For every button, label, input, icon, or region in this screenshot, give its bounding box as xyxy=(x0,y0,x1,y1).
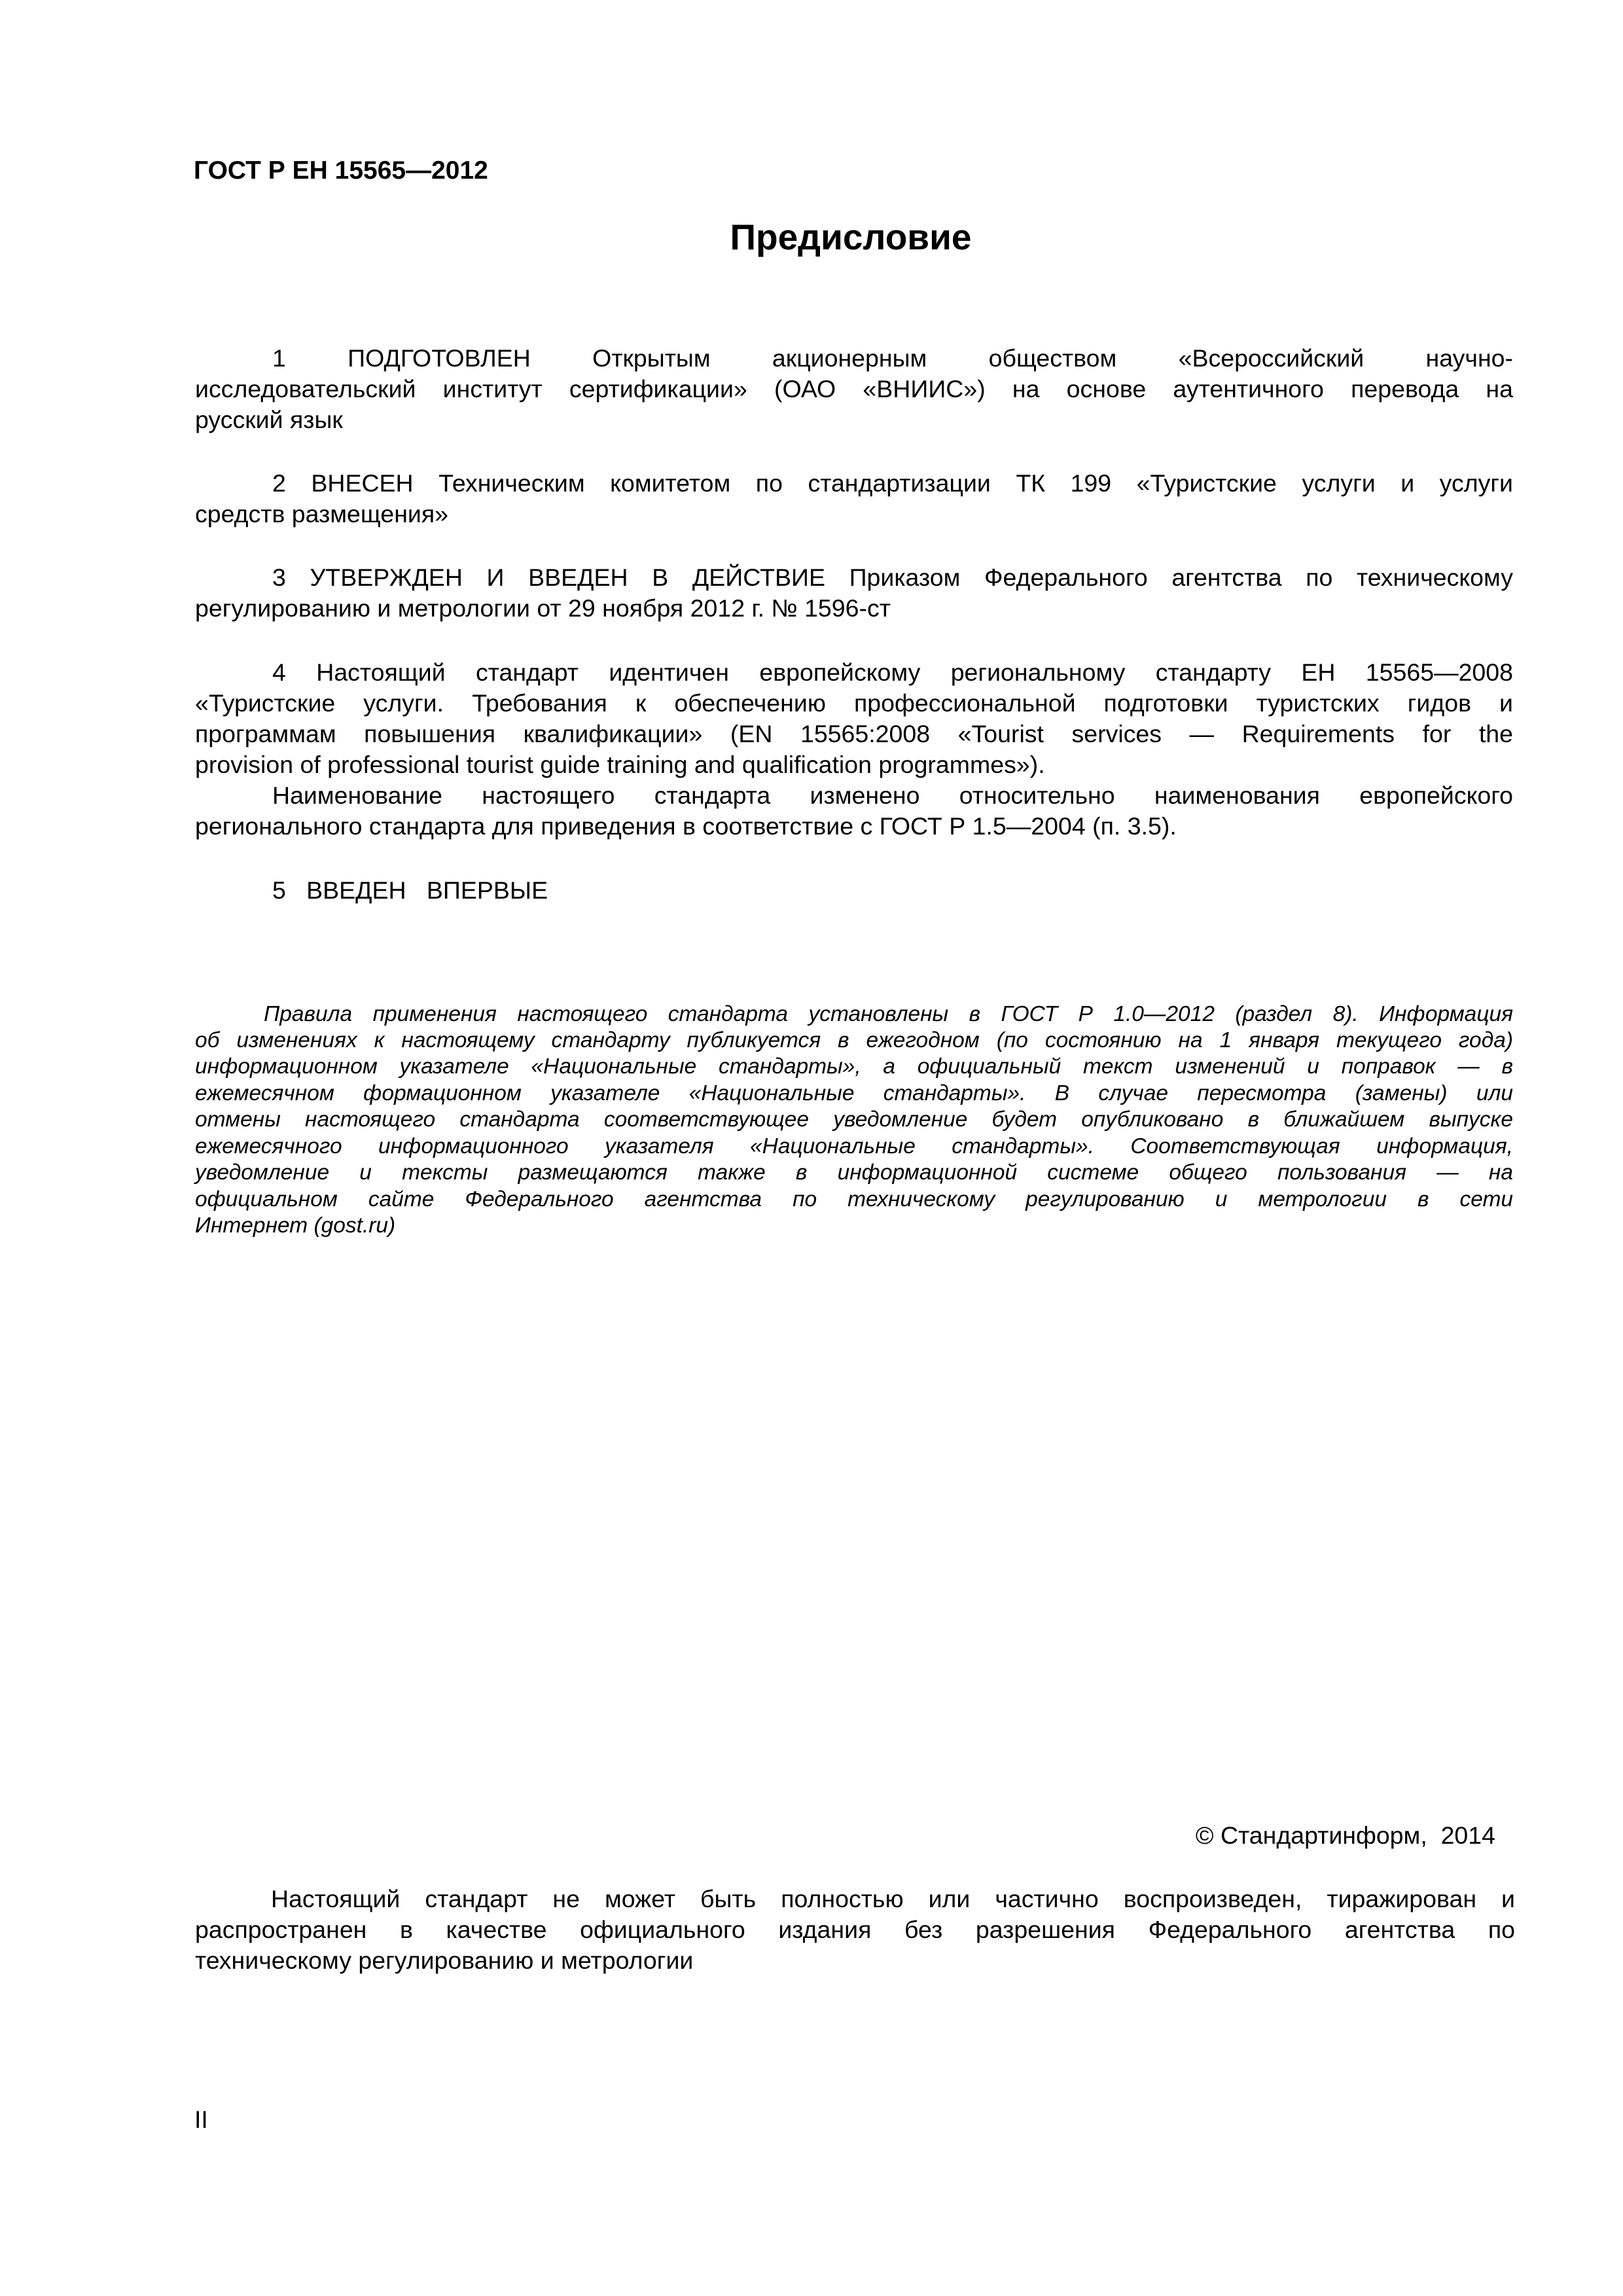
paragraph-line: средств размещения» xyxy=(195,502,1513,527)
paragraph-line: регионального стандарта для приведения в… xyxy=(195,814,1513,839)
page-number: II xyxy=(194,2108,208,2132)
document-code-header: ГОСТ Р ЕН 15565—2012 xyxy=(194,158,488,183)
paragraph-line: регулированию и метрологии от 29 ноября … xyxy=(195,596,1513,621)
note-line: Интернет (gost.ru) xyxy=(195,1215,1513,1237)
paragraph-line: техническому регулированию и метрологии xyxy=(195,1948,1513,1973)
paragraph-line: Наименование настоящего стандарта измене… xyxy=(272,783,1513,808)
note-line: уведомление и тексты размещаются также в… xyxy=(195,1162,1513,1184)
note-line: об изменениях к настоящему стандарту пуб… xyxy=(195,1030,1513,1052)
paragraph-line: provision of professional tourist guide … xyxy=(195,753,1513,778)
paragraph-line: исследовательский институт сертификации»… xyxy=(195,377,1513,402)
note-line: официальном сайте Федерального агентства… xyxy=(195,1189,1513,1211)
page-title: Предисловие xyxy=(0,219,1623,255)
paragraph-line: распространен в качестве официального из… xyxy=(195,1918,1515,1943)
paragraph-line: Настоящий стандарт не может быть полност… xyxy=(271,1887,1515,1912)
paragraph-line: программам повышения квалификации» (EN 1… xyxy=(195,722,1513,747)
copyright-notice: © Стандартинформ, 2014 xyxy=(1196,1823,1495,1848)
paragraph-line: 2 ВНЕСЕН Техническим комитетом по станда… xyxy=(272,471,1513,496)
note-line: информационном указателе «Национальные с… xyxy=(195,1056,1513,1078)
paragraph-line: 5 ВВЕДЕН ВПЕРВЫЕ xyxy=(272,878,1513,903)
paragraph-line: 3 УТВЕРЖДЕН И ВВЕДЕН В ДЕЙСТВИЕ Приказом… xyxy=(272,565,1513,590)
paragraph-line: 4 Настоящий стандарт идентичен европейск… xyxy=(272,660,1513,685)
paragraph-line: 1 ПОДГОТОВЛЕН Открытым акционерным общес… xyxy=(272,346,1513,371)
paragraph-line: «Туристские услуги. Требования к обеспеч… xyxy=(195,691,1513,716)
note-line: ежемесячном формационном указателе «Наци… xyxy=(195,1083,1513,1105)
paragraph-line: русский язык xyxy=(195,408,1513,433)
note-line: ежемесячного информационного указателя «… xyxy=(195,1136,1513,1158)
note-line: Правила применения настоящего стандарта … xyxy=(264,1003,1513,1026)
note-line: отмены настоящего стандарта соответствую… xyxy=(195,1109,1513,1131)
